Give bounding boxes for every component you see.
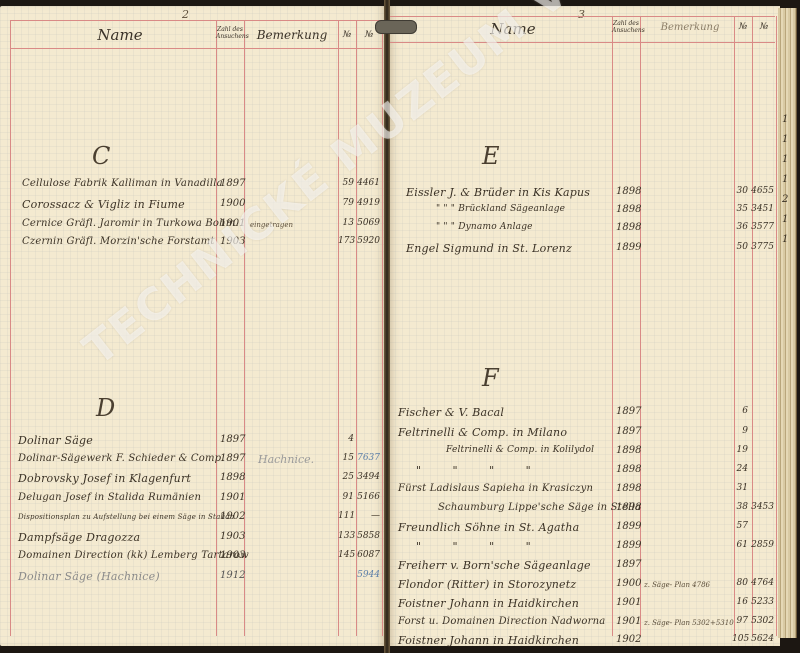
entry-name: Dolinar Säge bbox=[18, 434, 93, 447]
entry-no: 30 bbox=[732, 186, 748, 196]
ledger-row: Foistner Johann in Haidkirchen 1902 105 … bbox=[398, 634, 776, 650]
entry-name: Engel Sigmund in St. Lorenz bbox=[406, 242, 572, 255]
entry-number: 5302 bbox=[750, 616, 774, 626]
ledger-row: Fürst Ladislaus Sapieha in Krasiczyn 189… bbox=[398, 483, 776, 499]
column-header-no: № bbox=[734, 22, 752, 32]
entry-number: 7637 bbox=[356, 453, 380, 463]
entry-no: 36 bbox=[732, 222, 748, 232]
entry-name: " " " Brückland Sägeanlage bbox=[436, 204, 565, 214]
entry-name: Dobrovsky Josef in Klagenfurt bbox=[18, 472, 191, 485]
ledger-row: " " " " 1899 61 2859 bbox=[398, 540, 776, 556]
binding-thread bbox=[375, 20, 417, 34]
entry-no: 133 bbox=[338, 531, 354, 541]
entry-number: 4461 bbox=[356, 178, 380, 188]
entry-year: 1903 bbox=[220, 531, 245, 542]
entry-year: 1899 bbox=[616, 540, 641, 551]
entry-year: 1899 bbox=[616, 242, 641, 253]
entry-remark: z. Säge- Plan 5302+5310 bbox=[644, 619, 734, 627]
entry-name: " " " Dynamo Anlage bbox=[436, 222, 533, 232]
entry-name: Forst u. Domainen Direction Nadworna bbox=[398, 616, 605, 627]
ledger-row: Freiherr v. Born'sche Sägeanlage 1897 bbox=[398, 559, 776, 575]
entry-no: 9 bbox=[732, 426, 748, 436]
entry-year: 1898 bbox=[616, 222, 641, 233]
entry-year: 1897 bbox=[616, 426, 641, 437]
entry-number: 3451 bbox=[750, 204, 774, 214]
entry-year: 1898 bbox=[616, 464, 641, 475]
ledger-row: Forst u. Domainen Direction Nadworna 190… bbox=[398, 616, 776, 632]
entry-year: 1903 bbox=[220, 550, 245, 561]
entry-name: Fürst Ladislaus Sapieha in Krasiczyn bbox=[398, 483, 593, 494]
entry-no: 25 bbox=[338, 472, 354, 482]
ledger-row: Feltrinelli & Comp. in Kolilydol 1898 19 bbox=[398, 445, 776, 461]
column-header-remarks: Bemerkung bbox=[650, 22, 730, 33]
section-letter-f: F bbox=[482, 364, 499, 392]
entry-no: 97 bbox=[732, 616, 748, 626]
margin-tick: 1 bbox=[782, 134, 788, 145]
entry-year: 1898 bbox=[220, 472, 245, 483]
entry-no: 4 bbox=[338, 434, 354, 444]
entry-name: Foistner Johann in Haidkirchen bbox=[398, 597, 579, 610]
ledger-row: Engel Sigmund in St. Lorenz 1899 50 3775 bbox=[406, 242, 776, 258]
entry-number: 4655 bbox=[750, 186, 774, 196]
ledger-row: Dobrovsky Josef in Klagenfurt 1898 25 34… bbox=[18, 472, 382, 488]
entry-name: Schaumburg Lippe'sche Säge in Stella bbox=[438, 502, 641, 513]
entry-no: 35 bbox=[732, 204, 748, 214]
ledger-row: Fischer & V. Bacal 1897 6 bbox=[398, 406, 776, 422]
ledger-row: Dolinar Säge (Hachnice) 1912 5944 bbox=[18, 570, 382, 586]
entry-number: 5944 bbox=[356, 570, 380, 580]
entry-no: 38 bbox=[732, 502, 748, 512]
margin-tick: 1 bbox=[782, 234, 788, 245]
entry-year: 1901 bbox=[616, 597, 641, 608]
entry-number: 4919 bbox=[356, 198, 380, 208]
entry-name: " " " " bbox=[416, 540, 545, 553]
left-page: 2 Name Zahl des Ansuchens Bemerkung № № … bbox=[0, 6, 386, 646]
entry-name: Eissler J. & Brüder in Kis Kapus bbox=[406, 186, 590, 199]
entry-number: 3494 bbox=[356, 472, 380, 482]
entry-name: " " " " bbox=[416, 464, 545, 477]
ledger-row: Dolinar-Sägewerk F. Schieder & Comp. 189… bbox=[18, 453, 382, 469]
column-rule bbox=[776, 16, 777, 636]
entry-no: 15 bbox=[338, 453, 354, 463]
ledger-row: Delugan Josef in Stalida Rumänien 1901 9… bbox=[18, 492, 382, 508]
ledger-spread: 2 Name Zahl des Ansuchens Bemerkung № № … bbox=[0, 0, 800, 653]
margin-tick: 1 bbox=[782, 154, 788, 165]
entry-no: 61 bbox=[732, 540, 748, 550]
entry-number: 5920 bbox=[356, 236, 380, 246]
entry-number: 5233 bbox=[750, 597, 774, 607]
entry-no: 111 bbox=[338, 511, 354, 521]
entry-number: 2859 bbox=[750, 540, 774, 550]
entry-no: 6 bbox=[732, 406, 748, 416]
section-letter-e: E bbox=[482, 142, 500, 170]
entry-year: 1897 bbox=[220, 178, 245, 189]
entry-name: Feltrinelli & Comp. in Milano bbox=[398, 426, 567, 439]
entry-no: 80 bbox=[732, 578, 748, 588]
ledger-row: " " " Dynamo Anlage 1898 36 3577 bbox=[406, 222, 776, 238]
column-header-order-number: Zahl des Ansuchens bbox=[612, 20, 640, 34]
entry-no: 91 bbox=[338, 492, 354, 502]
entry-name: Feltrinelli & Comp. in Kolilydol bbox=[446, 445, 594, 455]
entry-no: 19 bbox=[732, 445, 748, 455]
section-letter-c: C bbox=[92, 142, 110, 170]
entry-name: Dampfsäge Dragozza bbox=[18, 531, 140, 544]
entry-number: — bbox=[356, 511, 380, 521]
ledger-row: Cernice Gräfl. Jaromir in Turkowa Bohm. … bbox=[22, 218, 382, 234]
entry-no: 50 bbox=[732, 242, 748, 252]
entry-name: Delugan Josef in Stalida Rumänien bbox=[18, 492, 201, 503]
entry-name: Cernice Gräfl. Jaromir in Turkowa Bohm. bbox=[22, 218, 239, 229]
ledger-row: Freundlich Söhne in St. Agatha 1899 57 bbox=[398, 521, 776, 537]
entry-number: 3775 bbox=[750, 242, 774, 252]
entry-year: 1897 bbox=[616, 559, 641, 570]
ledger-row: Dispositionsplan zu Aufstellung bei eine… bbox=[18, 511, 382, 527]
entry-year: 1900 bbox=[616, 578, 641, 589]
entry-number: 3577 bbox=[750, 222, 774, 232]
entry-no: 173 bbox=[338, 236, 354, 246]
margin-tick: 1 bbox=[782, 214, 788, 225]
entry-name: Domainen Direction (kk) Lemberg Tartarow bbox=[18, 550, 249, 561]
ledger-row: Eissler J. & Brüder in Kis Kapus 1898 30… bbox=[406, 186, 776, 202]
ledger-row: Flondor (Ritter) in Storozynetz 1900 z. … bbox=[398, 578, 776, 594]
margin-tick: 1 bbox=[782, 114, 788, 125]
ledger-row: " " " " 1898 24 bbox=[398, 464, 776, 480]
entry-no: 31 bbox=[732, 483, 748, 493]
entry-name: Freiherr v. Born'sche Sägeanlage bbox=[398, 559, 591, 572]
entry-number: 3453 bbox=[750, 502, 774, 512]
entry-year: 1901 bbox=[616, 616, 641, 627]
header-top-rule bbox=[390, 16, 775, 17]
entry-name: Dolinar-Sägewerk F. Schieder & Comp. bbox=[18, 453, 225, 464]
header-bottom-rule bbox=[10, 48, 382, 49]
entry-name: Dispositionsplan zu Aufstellung bei eine… bbox=[18, 513, 234, 521]
entry-year: 1901 bbox=[220, 492, 245, 503]
entry-name: Corossacz & Vigliz in Fiume bbox=[22, 198, 185, 211]
ledger-row: " " " Brückland Sägeanlage 1898 35 3451 bbox=[406, 204, 776, 220]
entry-name: Dolinar Säge (Hachnice) bbox=[18, 570, 160, 583]
entry-name: Foistner Johann in Haidkirchen bbox=[398, 634, 579, 647]
column-header-number: № bbox=[752, 22, 776, 32]
section-letter-d: D bbox=[96, 394, 115, 422]
entry-year: 1897 bbox=[220, 453, 245, 464]
ledger-row: Feltrinelli & Comp. in Milano 1897 9 bbox=[398, 426, 776, 442]
column-header-order-number: Zahl des Ansuchens bbox=[216, 26, 244, 40]
entry-year: 1898 bbox=[616, 502, 641, 513]
entry-remark: Hachnice. bbox=[258, 453, 314, 466]
entry-name: Freundlich Söhne in St. Agatha bbox=[398, 521, 579, 534]
entry-no: 13 bbox=[338, 218, 354, 228]
entry-no: 145 bbox=[338, 550, 354, 560]
ledger-row: Dolinar Säge 1897 4 bbox=[18, 434, 382, 450]
entry-no: 79 bbox=[338, 198, 354, 208]
entry-year: 1898 bbox=[616, 186, 641, 197]
entry-name: Cellulose Fabrik Kalliman in Vanadilla bbox=[22, 178, 223, 189]
entry-year: 1898 bbox=[616, 483, 641, 494]
entry-year: 1912 bbox=[220, 570, 245, 581]
entry-no: 24 bbox=[732, 464, 748, 474]
entry-no: 105 bbox=[732, 634, 748, 644]
ledger-row: Schaumburg Lippe'sche Säge in Stella 189… bbox=[398, 502, 776, 518]
entry-remark: z. Säge- Plan 4786 bbox=[644, 581, 710, 589]
column-rule bbox=[10, 20, 11, 636]
ledger-row: Domainen Direction (kk) Lemberg Tartarow… bbox=[18, 550, 382, 566]
entry-year: 1899 bbox=[616, 521, 641, 532]
entry-year: 1897 bbox=[220, 434, 245, 445]
ledger-row: Foistner Johann in Haidkirchen 1901 16 5… bbox=[398, 597, 776, 613]
entry-number: 6087 bbox=[356, 550, 380, 560]
entry-name: Czernin Gräfl. Morzin'sche Forstamt bbox=[22, 236, 215, 247]
ledger-row: Dampfsäge Dragozza 1903 133 5858 bbox=[18, 531, 382, 547]
column-header-no: № bbox=[338, 30, 356, 40]
column-header-remarks: Bemerkung bbox=[250, 28, 334, 42]
entry-year: 1898 bbox=[616, 445, 641, 456]
entry-year: 1902 bbox=[220, 511, 245, 522]
header-top-rule bbox=[10, 20, 382, 21]
entry-number: 5166 bbox=[356, 492, 380, 502]
page-number-right: 3 bbox=[578, 8, 585, 21]
entry-number: 5624 bbox=[750, 634, 774, 644]
entry-number: 4764 bbox=[750, 578, 774, 588]
entry-no: 57 bbox=[732, 521, 748, 531]
entry-name: Flondor (Ritter) in Storozynetz bbox=[398, 578, 576, 591]
entry-no: 16 bbox=[732, 597, 748, 607]
entry-number: 5069 bbox=[356, 218, 380, 228]
page-edges: 1 1 1 1 2 1 1 bbox=[778, 8, 797, 638]
margin-tick: 1 bbox=[782, 174, 788, 185]
entry-year: 1897 bbox=[616, 406, 641, 417]
entry-number: 5858 bbox=[356, 531, 380, 541]
margin-tick: 2 bbox=[782, 194, 788, 205]
entry-year: 1898 bbox=[616, 204, 641, 215]
column-header-name: Name bbox=[60, 26, 180, 44]
entry-name: Fischer & V. Bacal bbox=[398, 406, 504, 419]
entry-year: 1902 bbox=[616, 634, 641, 645]
